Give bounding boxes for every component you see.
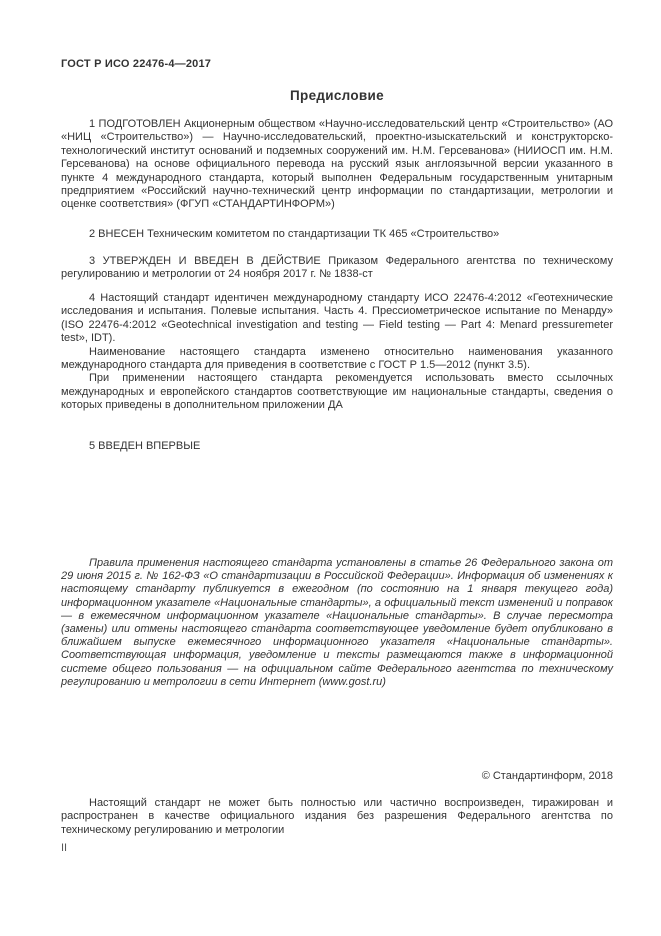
foreword-clause-5: 5 ВВЕДЕН ВПЕРВЫЕ [61,440,613,453]
reproduction-note: Настоящий стандарт не может быть полност… [61,797,613,837]
legal-note-block: Правила применения настоящего стандарта … [61,557,613,689]
foreword-clause-4-block: 4 Настоящий стандарт идентичен междунаро… [61,292,613,413]
foreword-clause-4-identity: 4 Настоящий стандарт идентичен междунаро… [61,292,613,346]
page-title: Предисловие [61,88,613,103]
reproduction-note-block: Настоящий стандарт не может быть полност… [61,797,613,837]
foreword-clause-4-renaming-note: Наименование настоящего стандарта измене… [61,346,613,373]
foreword-clause-2-block: 2 ВНЕСЕН Техническим комитетом по станда… [61,228,613,241]
page-number: II [61,842,613,854]
doc-code: ГОСТ Р ИСО 22476-4—2017 [61,58,613,70]
foreword-clause-4-references-note: При применении настоящего стандарта реко… [61,372,613,412]
document-page: ГОСТ Р ИСО 22476-4—2017 Предисловие 1 ПО… [0,0,661,936]
copyright-line: © Стандартинформ, 2018 [61,770,613,782]
foreword-clause-3-block: 3 УТВЕРЖДЕН И ВВЕДЕН В ДЕЙСТВИЕ Приказом… [61,255,613,282]
foreword-clause-5-block: 5 ВВЕДЕН ВПЕРВЫЕ [61,440,613,453]
foreword-clause-1-block: 1 ПОДГОТОВЛЕН Акционерным обществом «Нау… [61,118,613,212]
foreword-clause-1: 1 ПОДГОТОВЛЕН Акционерным обществом «Нау… [61,118,613,212]
foreword-clause-2: 2 ВНЕСЕН Техническим комитетом по станда… [61,228,613,241]
legal-note: Правила применения настоящего стандарта … [61,557,613,689]
foreword-clause-3: 3 УТВЕРЖДЕН И ВВЕДЕН В ДЕЙСТВИЕ Приказом… [61,255,613,282]
